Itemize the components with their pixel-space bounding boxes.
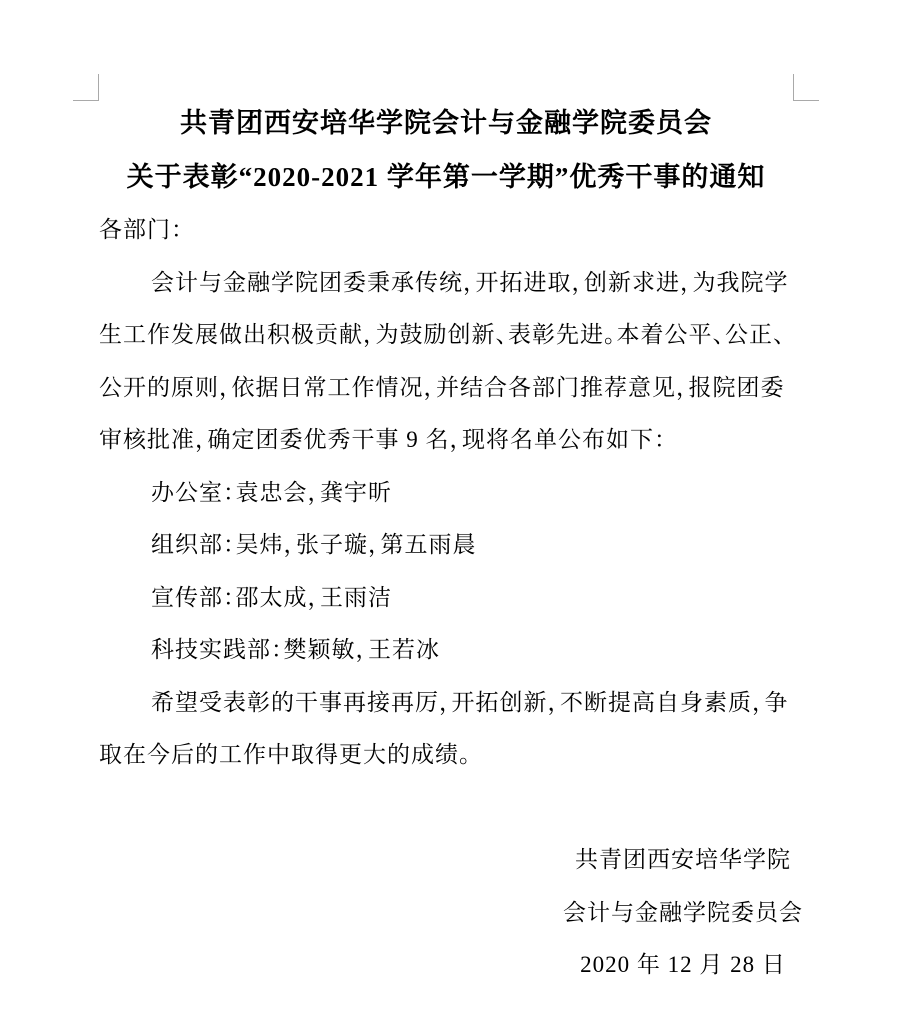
department-line-sci-tech-practice: 科技实践部：樊颖敏，王若冰: [99, 624, 793, 677]
blank-line: [99, 782, 793, 835]
closing-line-2: 取在今后的工作中取得更大的成绩。: [99, 729, 793, 782]
signature-date: 2020 年 12 月 28 日: [443, 939, 901, 992]
signature-block: 共青团西安培华学院 会计与金融学院委员会 2020 年 12 月 28 日: [443, 834, 901, 992]
document-page: 共青团西安培华学院会计与金融学院委员会 关于表彰“2020-2021 学年第一学…: [0, 0, 901, 1013]
signature-org-line-1: 共青团西安培华学院: [443, 834, 901, 887]
intro-line-2: 生工作发展做出积极贡献，为鼓励创新、表彰先进。本着公平、公正、: [99, 309, 793, 362]
closing-line-1: 希望受表彰的干事再接再厉，开拓创新，不断提高自身素质，争: [99, 677, 793, 730]
department-line-office: 办公室：袁忠会，龚宇昕: [99, 467, 793, 520]
crop-mark-top-left: [73, 74, 99, 101]
salutation: 各部门：: [99, 204, 793, 257]
doc-title: 共青团西安培华学院会计与金融学院委员会: [99, 96, 793, 150]
department-line-organization: 组织部：吴炜，张子璇，第五雨晨: [99, 519, 793, 572]
crop-mark-top-right: [793, 74, 819, 101]
intro-line-3: 公开的原则，依据日常工作情况，并结合各部门推荐意见，报院团委: [99, 362, 793, 415]
doc-subtitle: 关于表彰“2020-2021 学年第一学期”优秀干事的通知: [99, 150, 793, 204]
document-content: 共青团西安培华学院会计与金融学院委员会 关于表彰“2020-2021 学年第一学…: [99, 96, 793, 992]
intro-line-4: 审核批准，确定团委优秀干事 9 名，现将名单公布如下：: [99, 414, 793, 467]
department-line-publicity: 宣传部：邵太成，王雨洁: [99, 572, 793, 625]
signature-org-line-2: 会计与金融学院委员会: [443, 887, 901, 940]
intro-line-1: 会计与金融学院团委秉承传统，开拓进取，创新求进，为我院学: [99, 257, 793, 310]
